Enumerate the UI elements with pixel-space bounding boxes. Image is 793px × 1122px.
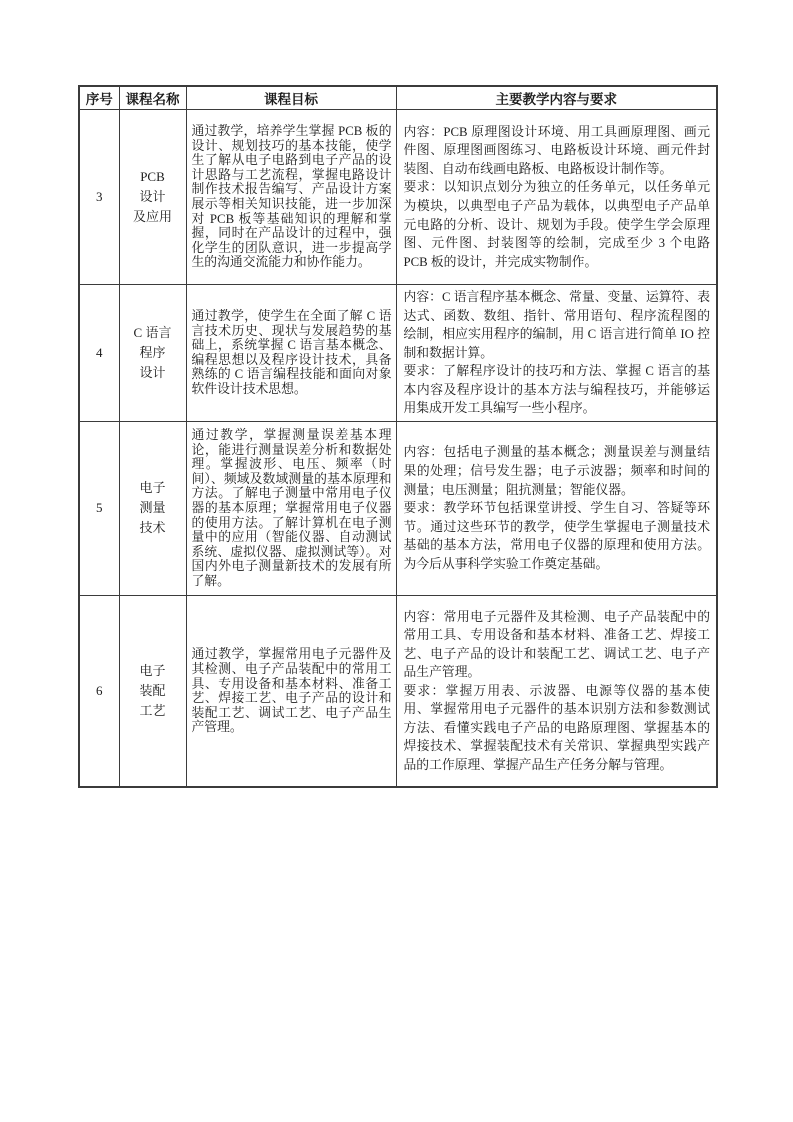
course-objective: 通过教学，掌握测量误差基本理论，能进行测量误差分析和数据处理。掌握波形、电压、频… bbox=[186, 421, 396, 595]
teaching-content: 内容：PCB 原理图设计环境、用工具画原理图、画元件图、原理图画图练习、电路板设… bbox=[396, 110, 717, 285]
course-name-line: 电子 bbox=[123, 478, 183, 498]
course-name-line: PCB bbox=[123, 167, 183, 187]
course-objective: 通过教学，使学生在全面了解 C 语言技术历史、现状与发展趋势的基础上，系统掌握 … bbox=[186, 285, 396, 422]
course-name-line: 设计 bbox=[123, 187, 183, 207]
serial-number: 5 bbox=[79, 421, 119, 595]
course-table: 序号 课程名称 课程目标 主要教学内容与要求 3 PCB 设计 及应用 通过教学… bbox=[78, 85, 718, 788]
table-row-c-language: 4 C 语言 程序 设计 通过教学，使学生在全面了解 C 语言技术历史、现状与发… bbox=[79, 285, 717, 422]
teaching-content: 内容：常用电子元器件及其检测、电子产品装配中的常用工具、专用设备和基本材料、准备… bbox=[396, 595, 717, 787]
objective-text: 通过教学，培养学生掌握 PCB 板的设计、规划技巧的基本技能，使学生了解从电子电… bbox=[192, 124, 392, 270]
header-serial-number: 序号 bbox=[79, 86, 119, 110]
serial-number: 4 bbox=[79, 285, 119, 422]
content-text: 内容：PCB 原理图设计环境、用工具画原理图、画元件图、原理图画图练习、电路板设… bbox=[404, 123, 711, 179]
course-objective: 通过教学，培养学生掌握 PCB 板的设计、规划技巧的基本技能，使学生了解从电子电… bbox=[186, 110, 396, 285]
table-row-electronic-assembly: 6 电子 装配 工艺 通过教学，掌握常用电子元器件及其检测、电子产品装配中的常用… bbox=[79, 595, 717, 787]
course-name: PCB 设计 及应用 bbox=[119, 110, 186, 285]
course-name-line: 装配 bbox=[123, 681, 183, 701]
course-name: 电子 测量 技术 bbox=[119, 421, 186, 595]
course-name: C 语言 程序 设计 bbox=[119, 285, 186, 422]
content-text: 内容：常用电子元器件及其检测、电子产品装配中的常用工具、专用设备和基本材料、准备… bbox=[404, 608, 711, 682]
requirement-text: 要求：掌握万用表、示波器、电源等仪器的基本使用、掌握常用电子元器件的基本识别方法… bbox=[404, 682, 711, 775]
requirement-text: 要求：以知识点划分为独立的任务单元，以任务单元为模块，以典型电子产品为载体，以典… bbox=[404, 178, 711, 271]
header-course-objective: 课程目标 bbox=[186, 86, 396, 110]
course-name-line: 程序 bbox=[123, 343, 183, 363]
course-name-line: 测量 bbox=[123, 498, 183, 518]
content-text: 内容：C 语言程序基本概念、常量、变量、运算符、表达式、函数、数组、指针、常用语… bbox=[404, 288, 711, 362]
course-name-line: 电子 bbox=[123, 661, 183, 681]
course-name-line: 工艺 bbox=[123, 701, 183, 721]
teaching-content: 内容：C 语言程序基本概念、常量、变量、运算符、表达式、函数、数组、指针、常用语… bbox=[396, 285, 717, 422]
objective-text: 通过教学，掌握测量误差基本理论，能进行测量误差分析和数据处理。掌握波形、电压、频… bbox=[192, 428, 392, 588]
requirement-text: 要求：教学环节包括课堂讲授、学生自习、答疑等环节。通过这些环节的教学，使学生掌握… bbox=[404, 499, 711, 573]
teaching-content: 内容：包括电子测量的基本概念；测量误差与测量结果的处理；信号发生器；电子示波器；… bbox=[396, 421, 717, 595]
table-row-pcb-design: 3 PCB 设计 及应用 通过教学，培养学生掌握 PCB 板的设计、规划技巧的基… bbox=[79, 110, 717, 285]
course-name-line: C 语言 bbox=[123, 323, 183, 343]
course-objective: 通过教学，掌握常用电子元器件及其检测、电子产品装配中的常用工具、专用设备和基本材… bbox=[186, 595, 396, 787]
serial-number: 3 bbox=[79, 110, 119, 285]
header-teaching-content: 主要教学内容与要求 bbox=[396, 86, 717, 110]
content-text: 内容：包括电子测量的基本概念；测量误差与测量结果的处理；信号发生器；电子示波器；… bbox=[404, 443, 711, 499]
course-name-line: 技术 bbox=[123, 518, 183, 538]
document-page: 序号 课程名称 课程目标 主要教学内容与要求 3 PCB 设计 及应用 通过教学… bbox=[0, 0, 793, 1122]
table-row-electronic-measurement: 5 电子 测量 技术 通过教学，掌握测量误差基本理论，能进行测量误差分析和数据处… bbox=[79, 421, 717, 595]
course-name: 电子 装配 工艺 bbox=[119, 595, 186, 787]
header-course-name: 课程名称 bbox=[119, 86, 186, 110]
serial-number: 6 bbox=[79, 595, 119, 787]
course-name-line: 设计 bbox=[123, 363, 183, 383]
requirement-text: 要求：了解程序设计的技巧和方法、掌握 C 语言的基本内容及程序设计的基本方法与编… bbox=[404, 362, 711, 418]
objective-text: 通过教学，掌握常用电子元器件及其检测、电子产品装配中的常用工具、专用设备和基本材… bbox=[192, 647, 392, 734]
table-header-row: 序号 课程名称 课程目标 主要教学内容与要求 bbox=[79, 86, 717, 110]
course-name-line: 及应用 bbox=[123, 207, 183, 227]
objective-text: 通过教学，使学生在全面了解 C 语言技术历史、现状与发展趋势的基础上，系统掌握 … bbox=[192, 309, 392, 396]
